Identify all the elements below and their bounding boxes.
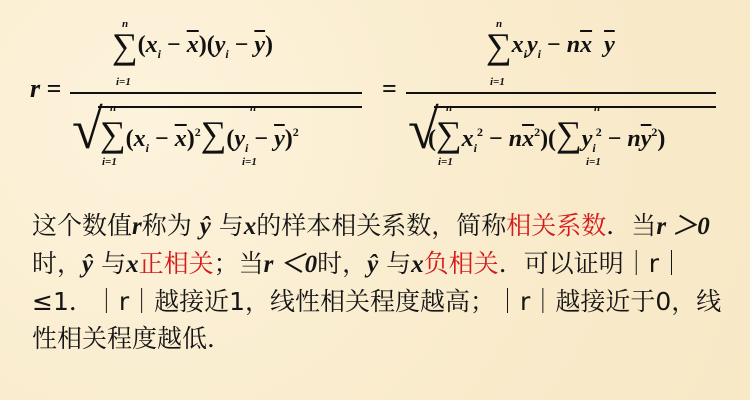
term-negative-correlation: 负相关 [424,249,499,278]
text-segment: 这个数值 [32,211,132,240]
frac2-numerator: n ∑xiyi − nx y i=1 [486,22,615,62]
correlation-formula: r = n ∑(xi − x)(yi − y) i=1 √ n i=1 n i=… [0,0,750,200]
text-segment: ；当 [214,249,264,278]
fraction-bar-2 [406,92,716,94]
math-r: r [132,213,142,240]
explanation-paragraph: 这个数值r称为 ŷ 与x的样本相关系数，简称相关系数．当r ＞0时，ŷ 与x正相… [32,207,732,357]
frac1-numerator: n ∑(xi − x)(yi − y) i=1 [112,22,273,62]
math-y-hat: ŷ [82,251,93,278]
text-segment: 与 [93,249,126,278]
term-positive-correlation: 正相关 [139,249,214,278]
text-segment: 与 [378,249,411,278]
term-correlation-coefficient: 相关系数 [506,211,606,240]
math-r-positive: r ＞0 [656,213,709,240]
fraction-bar-1 [70,92,362,94]
formula-eq2: = [382,74,397,104]
math-x: x [126,251,139,278]
math-y-hat: ŷ [200,213,211,240]
text-segment: 的样本相关系数，简称 [256,211,506,240]
text-segment: 时， [317,249,367,278]
math-x: x [411,251,424,278]
text-segment: 时， [32,249,82,278]
math-r-negative: r ＜0 [264,251,317,278]
text-segment: 称为 [142,211,200,240]
text-segment: 与 [211,211,244,240]
formula-lhs: r = [30,74,61,104]
math-x: x [244,213,257,240]
text-segment: ．当 [606,211,656,240]
math-y-hat: ŷ [367,251,378,278]
